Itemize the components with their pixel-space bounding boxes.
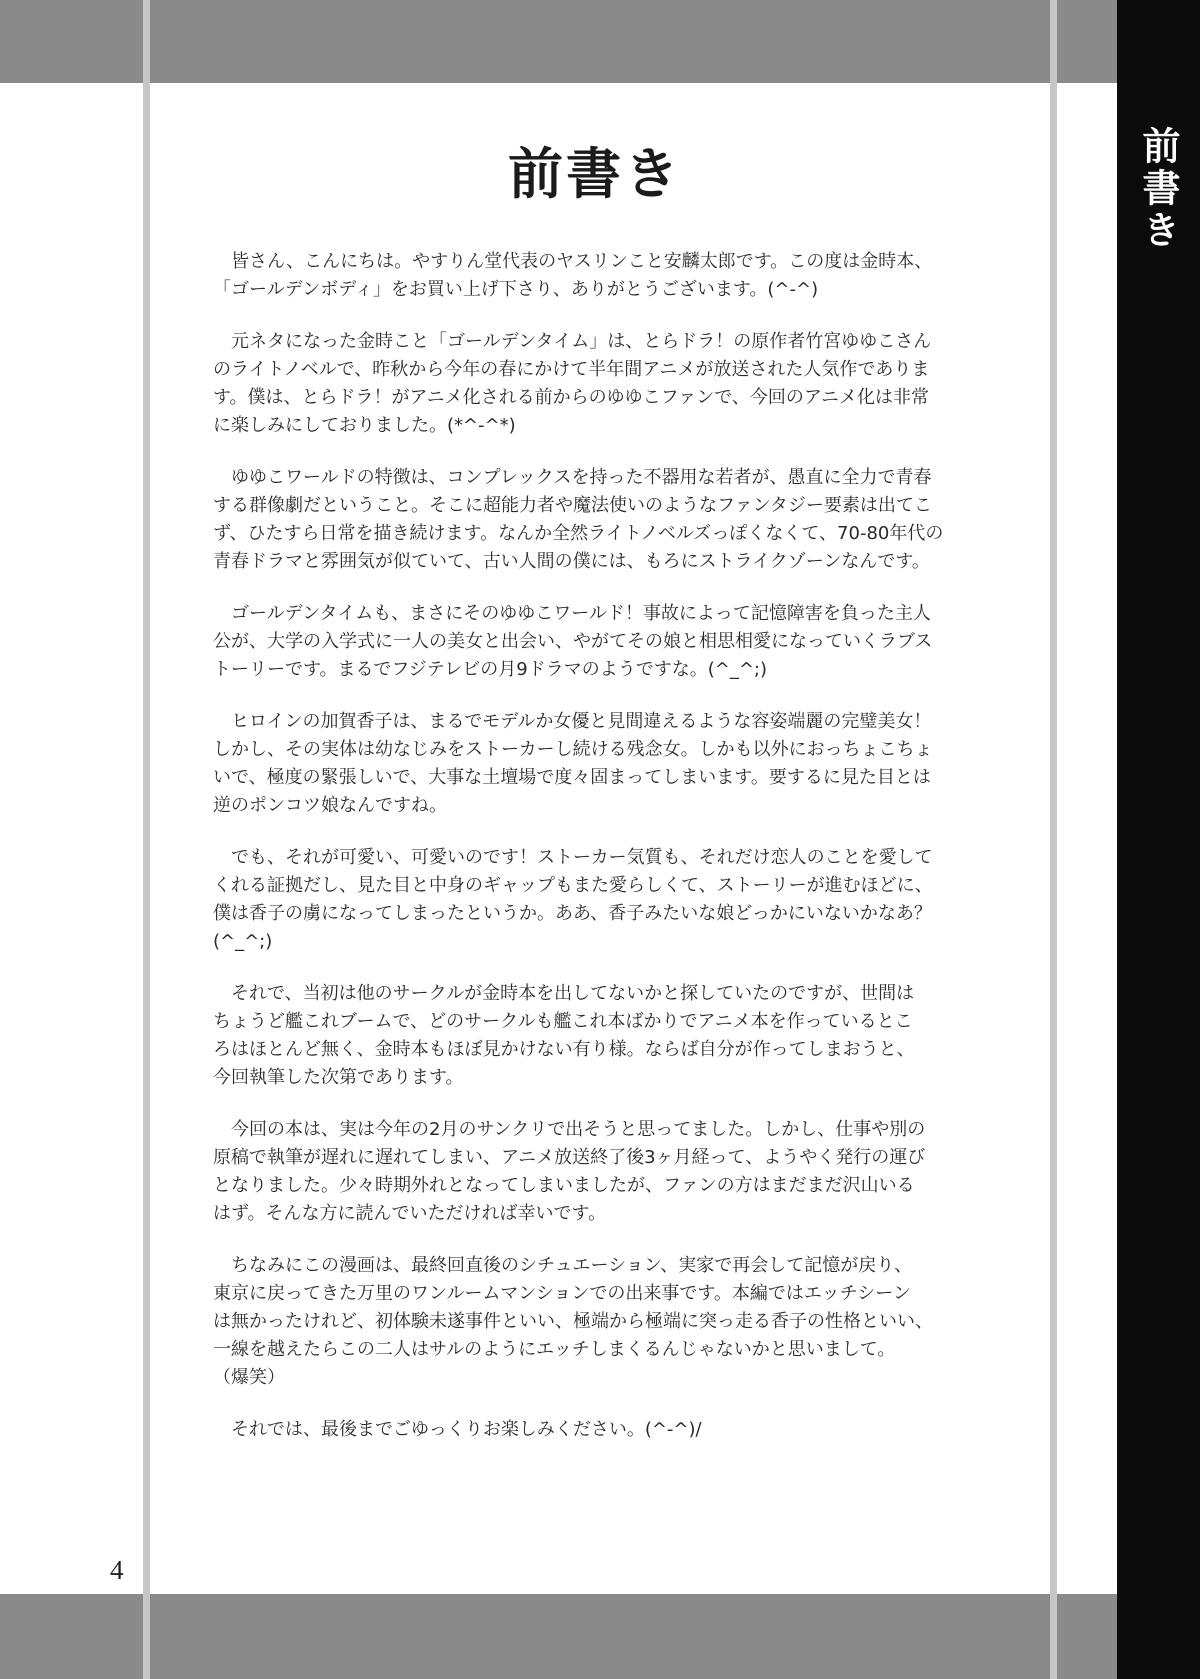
left-page-rule — [143, 0, 150, 1679]
paragraph: ゆゆこワールドの特徴は、コンプレックスを持った不器用な若者が、愚直に全力で青春 … — [213, 464, 1003, 576]
top-scan-band — [0, 0, 1200, 83]
right-page-rule — [1050, 0, 1057, 1679]
paragraph: 今回の本は、実は今年の2月のサンクリで出そうと思ってました。しかし、仕事や別の … — [213, 1116, 1003, 1228]
paragraph: でも、それが可愛い、可愛いのです！ストーカー気質も、それだけ恋人のことを愛して … — [213, 844, 1003, 956]
bottom-scan-band — [0, 1594, 1200, 1679]
scanned-foreword-page: 前書き 前書き 皆さん、こんにちは。やすりん堂代表のヤスリンこと安麟太郎です。こ… — [0, 0, 1200, 1679]
foreword-body: 皆さん、こんにちは。やすりん堂代表のヤスリンこと安麟太郎です。この度は金時本、 … — [213, 248, 1003, 1468]
paragraph: ゴールデンタイムも、まさにそのゆゆこワールド！事故によって記憶障害を負った主人 … — [213, 600, 1003, 684]
paragraph: それで、当初は他のサークルが金時本を出してないかと探していたのですが、世間は ち… — [213, 980, 1003, 1092]
paragraph: それでは、最後までごゆっくりお楽しみください。(^-^)/ — [213, 1416, 1003, 1444]
page-number: 4 — [110, 1555, 124, 1586]
chapter-tab-title: 前書き — [1131, 126, 1186, 252]
paragraph: ヒロインの加賀香子は、まるでモデルか女優と見間違えるような容姿端麗の完璧美女！ … — [213, 708, 1003, 820]
paragraph: 皆さん、こんにちは。やすりん堂代表のヤスリンこと安麟太郎です。この度は金時本、 … — [213, 248, 1003, 304]
chapter-tab-bar: 前書き — [1117, 0, 1200, 1679]
paragraph: ちなみにこの漫画は、最終回直後のシチュエーション、実家で再会して記憶が戻り、 東… — [213, 1252, 1003, 1392]
page-title: 前書き — [150, 130, 1040, 209]
paragraph: 元ネタになった金時こと「ゴールデンタイム」は、とらドラ！の原作者竹宮ゆゆこさん … — [213, 328, 1003, 440]
